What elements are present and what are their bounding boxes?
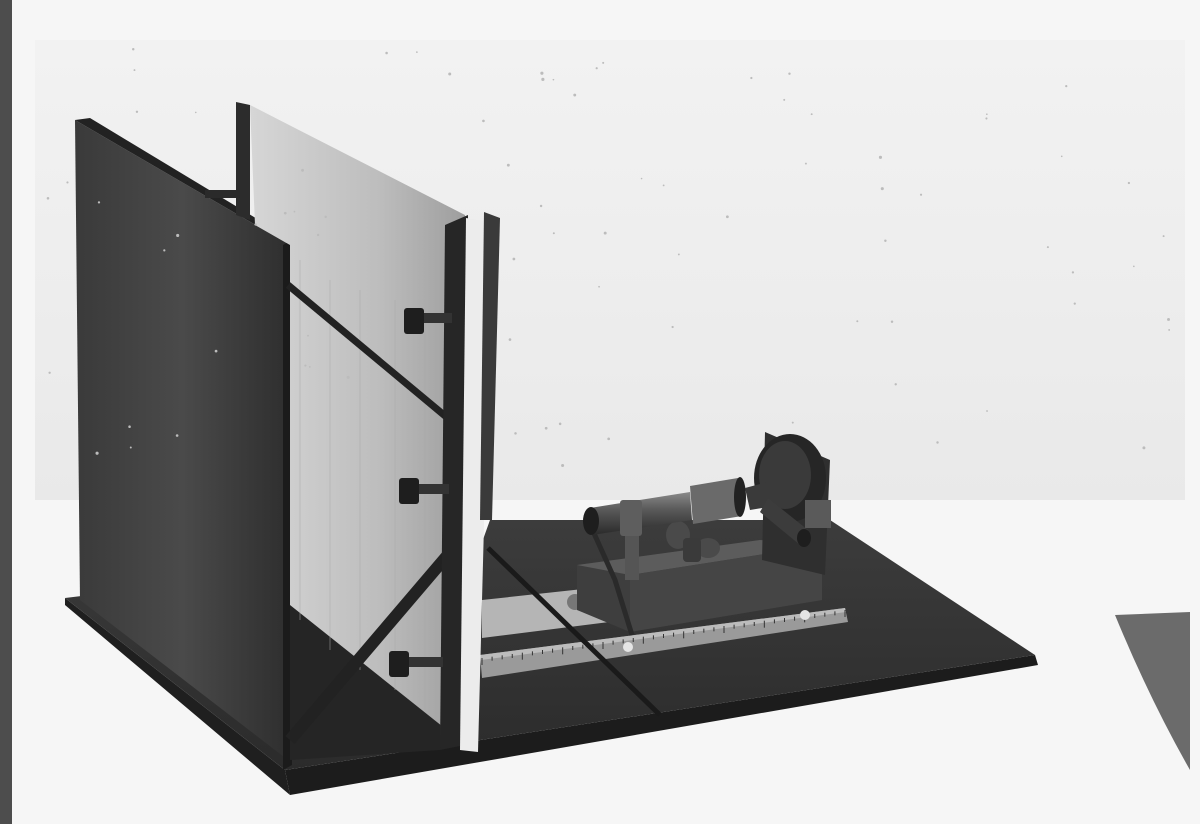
left-border — [0, 0, 12, 824]
apparatus-illustration — [0, 0, 1200, 824]
photograph: Black-and-white photograph of a mechanic… — [0, 0, 1200, 824]
top-bolt — [205, 190, 240, 198]
